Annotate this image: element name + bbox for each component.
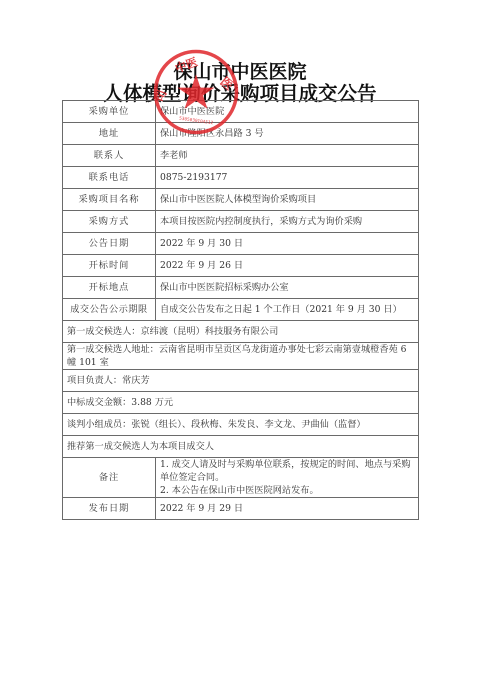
row-value-method: 本项目按医院内控制度执行，采购方式为询价采购 [156, 211, 419, 233]
row-label-project-name: 采购项目名称 [63, 189, 156, 211]
announcement-table: 采购单位 保山市中医医院 地址 保山市隆阳区永昌路 3 号 联系人 李老师 联系… [62, 100, 419, 520]
row-value-notice-date: 2022 年 9 月 30 日 [156, 233, 419, 255]
table-row: 第一成交候选人地址：云南省昆明市呈贡区乌龙街道办事处七彩云南第壹城橙香苑 6 幢… [63, 343, 419, 370]
row-label-publish-date: 发布日期 [63, 498, 156, 520]
first-candidate-address: 第一成交候选人地址：云南省昆明市呈贡区乌龙街道办事处七彩云南第壹城橙香苑 6 幢… [63, 343, 419, 370]
row-value-bid-location: 保山市中医医院招标采购办公室 [156, 277, 419, 299]
table-row: 开标地点 保山市中医医院招标采购办公室 [63, 277, 419, 299]
row-value-project-name: 保山市中医医院人体模型询价采购项目 [156, 189, 419, 211]
row-value-address: 保山市隆阳区永昌路 3 号 [156, 123, 419, 145]
table-row: 谈判小组成员：张锐（组长）、段秋梅、朱发良、李文龙、尹曲仙（监督） [63, 414, 419, 436]
row-value-purchaser: 保山市中医医院 [156, 101, 419, 123]
row-label-purchaser: 采购单位 [63, 101, 156, 123]
remark-line-2: 2. 本公告在保山市中医医院网站发布。 [160, 484, 414, 497]
recommendation: 推荐第一成交候选人为本项目成交人 [63, 436, 419, 458]
row-value-phone: 0875-2193177 [156, 167, 419, 189]
row-label-method: 采购方式 [63, 211, 156, 233]
row-label-bid-time: 开标时间 [63, 255, 156, 277]
first-candidate: 第一成交候选人：京纬渡（昆明）科技服务有限公司 [63, 321, 419, 343]
remark-line-1: 1. 成交人请及时与采购单位联系，按规定的时间、地点与采购单位签定合同。 [160, 458, 414, 484]
table-row: 采购单位 保山市中医医院 [63, 101, 419, 123]
negotiation-team: 谈判小组成员：张锐（组长）、段秋梅、朱发良、李文龙、尹曲仙（监督） [63, 414, 419, 436]
row-label-address: 地址 [63, 123, 156, 145]
row-label-contact: 联系人 [63, 145, 156, 167]
table-row: 公告日期 2022 年 9 月 30 日 [63, 233, 419, 255]
table-row: 采购项目名称 保山市中医医院人体模型询价采购项目 [63, 189, 419, 211]
table-row: 开标时间 2022 年 9 月 26 日 [63, 255, 419, 277]
row-label-bid-location: 开标地点 [63, 277, 156, 299]
table-row: 第一成交候选人：京纬渡（昆明）科技服务有限公司 [63, 321, 419, 343]
project-leader: 项目负责人：常庆芳 [63, 370, 419, 392]
winning-amount: 中标成交金额：3.88 万元 [63, 392, 419, 414]
row-value-publish-date: 2022 年 9 月 29 日 [156, 498, 419, 520]
row-value-contact: 李老师 [156, 145, 419, 167]
table-row: 联系电话 0875-2193177 [63, 167, 419, 189]
row-label-notice-date: 公告日期 [63, 233, 156, 255]
row-value-remarks: 1. 成交人请及时与采购单位联系，按规定的时间、地点与采购单位签定合同。 2. … [156, 458, 419, 498]
table-row: 备注 1. 成交人请及时与采购单位联系，按规定的时间、地点与采购单位签定合同。 … [63, 458, 419, 498]
row-label-phone: 联系电话 [63, 167, 156, 189]
table-row: 地址 保山市隆阳区永昌路 3 号 [63, 123, 419, 145]
table-row: 联系人 李老师 [63, 145, 419, 167]
row-label-remarks: 备注 [63, 458, 156, 498]
table-row: 发布日期 2022 年 9 月 29 日 [63, 498, 419, 520]
row-value-publicity-period: 自成交公告发布之日起 1 个工作日（2021 年 9 月 30 日） [156, 299, 419, 321]
table-row: 中标成交金额：3.88 万元 [63, 392, 419, 414]
table-row: 采购方式 本项目按医院内控制度执行，采购方式为询价采购 [63, 211, 419, 233]
row-label-publicity-period: 成交公告公示期限 [63, 299, 156, 321]
table-row: 项目负责人：常庆芳 [63, 370, 419, 392]
row-value-bid-time: 2022 年 9 月 26 日 [156, 255, 419, 277]
table-row: 成交公告公示期限 自成交公告发布之日起 1 个工作日（2021 年 9 月 30… [63, 299, 419, 321]
table-row: 推荐第一成交候选人为本项目成交人 [63, 436, 419, 458]
